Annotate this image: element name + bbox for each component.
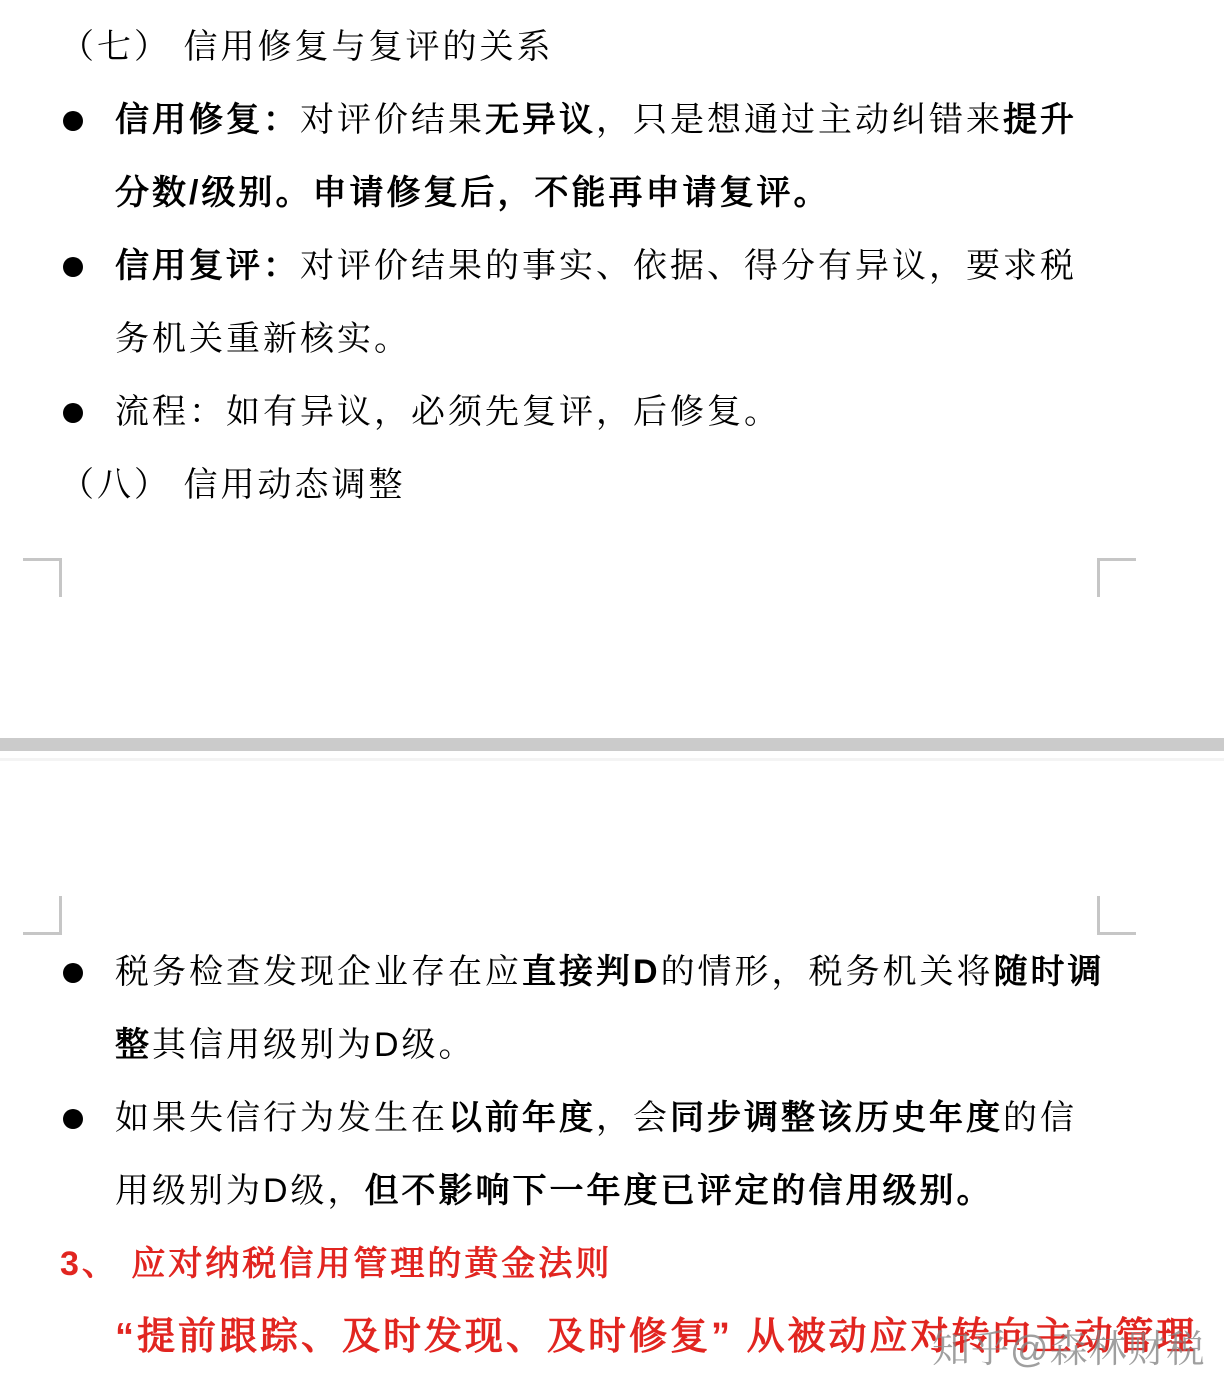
heading-line: （八） 信用动态调整 — [0, 449, 1224, 522]
text-segment: 无异议 — [485, 101, 596, 139]
text-segment: 其信用级别为D级。 — [152, 1026, 476, 1064]
page-margin-corner-mark — [1097, 558, 1136, 597]
text-segment: （八） 信用动态调整 — [60, 466, 405, 504]
heading-line: 3、 应对纳税信用管理的黄金法则 — [0, 1228, 1224, 1301]
text-line: 分数/级别。申请修复后，不能再申请复评。 — [0, 157, 1224, 230]
text-segment: 以前年度 — [448, 1099, 596, 1137]
page-margin-corner-mark — [1097, 896, 1136, 935]
bullet-icon — [63, 963, 83, 983]
text-segment: 对评价结果的事实、依据、得分有异议，要求税 — [300, 247, 1077, 285]
page-margin-corner-mark — [23, 896, 62, 935]
bullet-icon — [63, 403, 83, 423]
text-line: 流程：如有异议，必须先复评，后修复。 — [0, 376, 1224, 449]
text-segment: 如果失信行为发生在 — [115, 1099, 448, 1137]
page-break-divider — [0, 738, 1224, 751]
bullet-icon — [63, 257, 83, 277]
heading-line: （七） 信用修复与复评的关系 — [0, 11, 1224, 84]
text-line: 信用复评：对评价结果的事实、依据、得分有异议，要求税 — [0, 230, 1224, 303]
text-segment: 但不影响下一年度已评定的信用级别。 — [365, 1172, 994, 1210]
text-segment: 用级别为D级， — [115, 1172, 365, 1210]
page-margin-corner-mark — [23, 558, 62, 597]
text-line: 如果失信行为发生在以前年度，会同步调整该历史年度的信 — [0, 1082, 1224, 1155]
text-segment: 的信 — [1003, 1099, 1077, 1137]
text-segment: 整 — [115, 1026, 152, 1064]
page-1-content: （七） 信用修复与复评的关系信用修复：对评价结果无异议，只是想通过主动纠错来提升… — [0, 11, 1224, 522]
text-segment: 税务检查发现企业存在应 — [115, 953, 522, 991]
text-segment: 信用复评： — [115, 247, 300, 285]
bullet-icon — [63, 1109, 83, 1129]
document-page: （七） 信用修复与复评的关系信用修复：对评价结果无异议，只是想通过主动纠错来提升… — [0, 0, 1224, 1393]
bullet-icon — [63, 111, 83, 131]
text-segment: 同步调整该历史年度 — [670, 1099, 1003, 1137]
text-segment: 流程：如有异议，必须先复评，后修复。 — [115, 393, 781, 431]
text-segment: ，只是想通过主动纠错来 — [596, 101, 1003, 139]
text-segment: 直接判D — [522, 953, 661, 991]
page-2-content: 税务检查发现企业存在应直接判D的情形，税务机关将随时调整其信用级别为D级。如果失… — [0, 936, 1224, 1374]
text-segment: 信用修复： — [115, 101, 300, 139]
text-segment: 分数/级别。申请修复后，不能再申请复评。 — [115, 174, 830, 212]
page-break-shadow-line — [0, 758, 1224, 761]
text-line: 信用修复：对评价结果无异议，只是想通过主动纠错来提升 — [0, 84, 1224, 157]
text-segment: ，会 — [596, 1099, 670, 1137]
text-segment: 提升 — [1003, 101, 1077, 139]
text-segment: （七） 信用修复与复评的关系 — [60, 28, 553, 66]
text-line: 务机关重新核实。 — [0, 303, 1224, 376]
text-line: 税务检查发现企业存在应直接判D的情形，税务机关将随时调 — [0, 936, 1224, 1009]
text-segment: 对评价结果 — [300, 101, 485, 139]
text-segment: 3、 应对纳税信用管理的黄金法则 — [60, 1245, 612, 1283]
text-segment: 的情形，税务机关将 — [661, 953, 994, 991]
text-segment: 随时调 — [994, 953, 1105, 991]
watermark: 知乎@森林财税 — [932, 1318, 1206, 1373]
text-line: 用级别为D级，但不影响下一年度已评定的信用级别。 — [0, 1155, 1224, 1228]
text-line: 整其信用级别为D级。 — [0, 1009, 1224, 1082]
text-segment: 务机关重新核实。 — [115, 320, 411, 358]
